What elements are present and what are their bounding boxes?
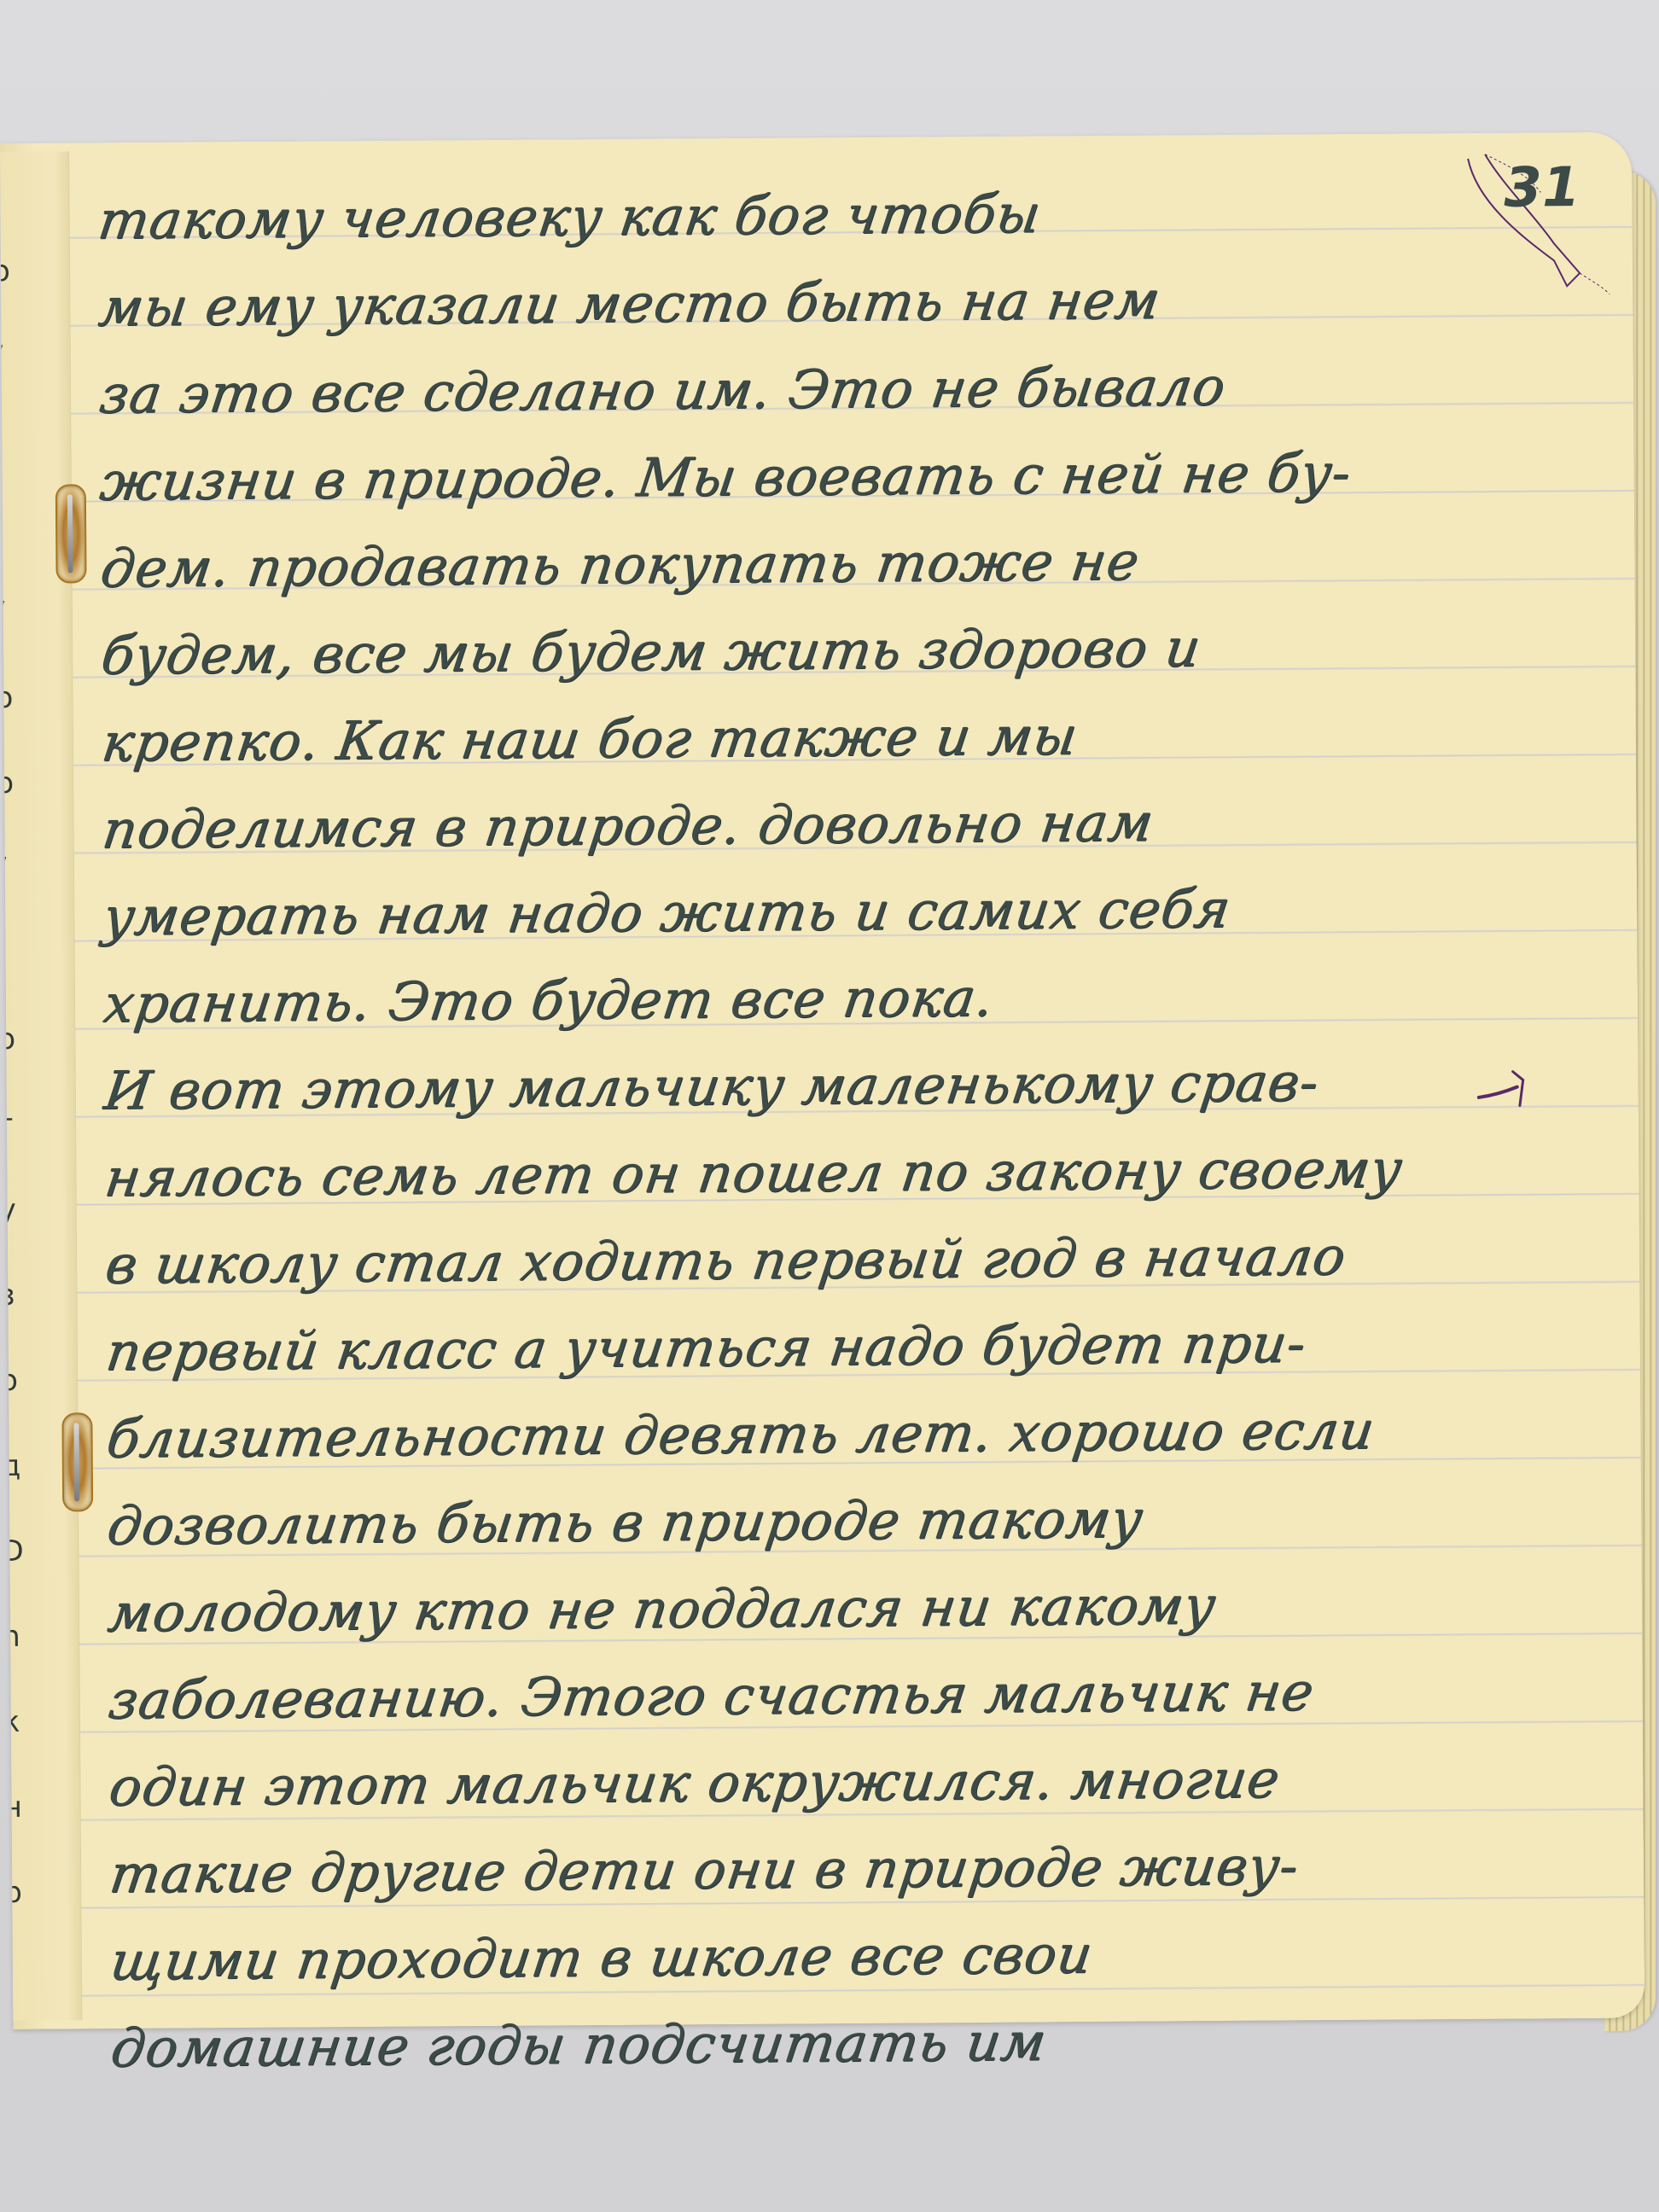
- text-line: в школу стал ходить первый год в начало: [100, 1211, 1554, 1308]
- text-line: такие другие дети они в природе живу-: [104, 1820, 1558, 1918]
- notebook-page: о / , , / о о / , о г у з о д D h к н р …: [0, 132, 1644, 2029]
- text-line: такому человеку как бог чтобы: [93, 166, 1547, 264]
- text-line: за это все сделано им. Это не бывало: [94, 341, 1548, 438]
- staple-top: [55, 484, 87, 583]
- text-line: И вот этому мальчику маленькому срав-: [99, 1037, 1553, 1134]
- handwritten-text: такому человеку как бог чтобы мы ему ука…: [98, 166, 1554, 2092]
- arrow-mark-icon: [1470, 1062, 1539, 1115]
- margin-fragment: ,: [1, 485, 19, 570]
- text-line: поделимся в природе. довольно нам: [97, 776, 1551, 873]
- text-line: мы ему указали место быть на нем: [94, 253, 1548, 351]
- text-line-last: домашние годы подсчитать им: [106, 1994, 1560, 2092]
- text-line: заболеванию. Этого счастья мальчик не: [103, 1646, 1557, 1743]
- text-line: жизни в природе. Мы воевать с ней не бу-: [95, 428, 1549, 525]
- text-line: дозволить быть в природе такому: [102, 1472, 1557, 1569]
- text-line: хранить. Это будет все пока.: [98, 950, 1552, 1047]
- margin-fragment: о: [1, 655, 20, 741]
- text-line: нялось семь лет он пошел по закону своем…: [100, 1124, 1554, 1221]
- margin-fragment: о: [1, 229, 17, 314]
- text-line: молодому кто не поддался ни какому: [102, 1559, 1557, 1656]
- margin-fragment: /: [1, 570, 19, 655]
- text-line: крепко. Как наш бог также и мы: [96, 689, 1551, 786]
- text-line: щими проходит в школе все свои: [105, 1907, 1559, 2005]
- margin-fragment: /: [1, 314, 17, 399]
- text-line: будем, все мы будем жить здорово и: [96, 602, 1550, 699]
- text-line: первый класс а учиться надо будет при-: [101, 1298, 1555, 1395]
- text-line: близительности девять лет. хорошо если: [102, 1385, 1556, 1482]
- text-line: умерать нам надо жить и самих себя: [98, 863, 1552, 960]
- previous-page-margin: о / , , / о о / , о г у з о д D h к н р …: [0, 151, 82, 2021]
- staple-bottom: [61, 1412, 93, 1511]
- margin-fragment: ,: [1, 399, 18, 485]
- text-line: один этот мальчик окружился. многие: [104, 1733, 1558, 1831]
- text-line: дем. продавать покупать тоже не: [96, 515, 1550, 612]
